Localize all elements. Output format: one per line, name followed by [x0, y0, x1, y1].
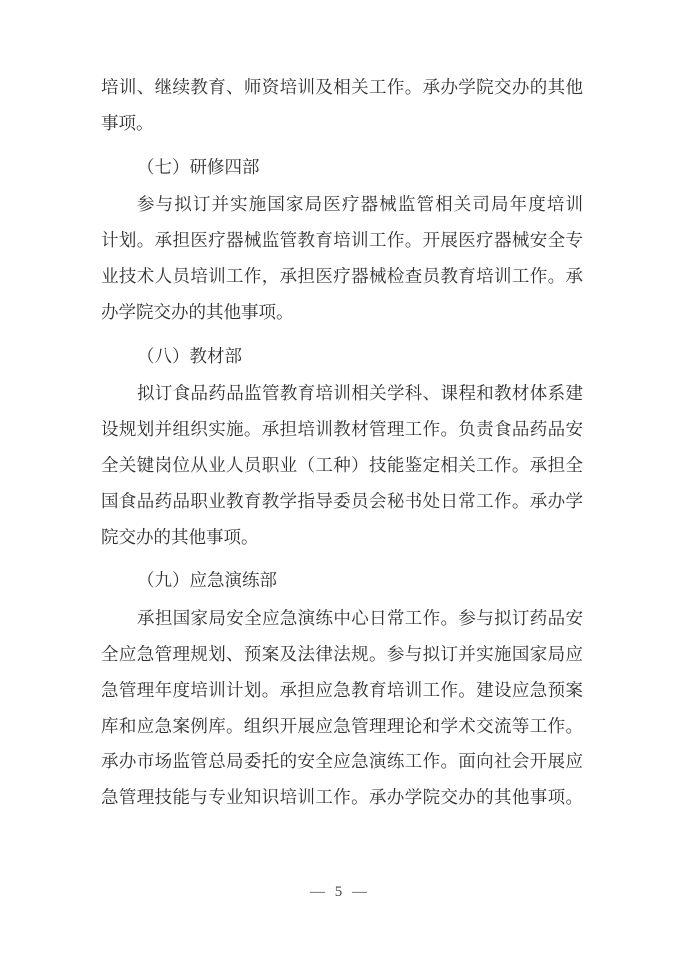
page-number: — 5 —	[0, 884, 680, 901]
section-heading-8: （八）教材部	[101, 339, 583, 375]
body-text-line: 急管理年度培训计划。承担应急教育培训工作。建设应急预案	[101, 673, 583, 709]
body-text-line: 事项。	[101, 106, 583, 142]
document-page: 培训、继续教育、师资培训及相关工作。承办学院交办的其他 事项。 （七）研修四部 …	[0, 0, 680, 962]
body-text-line: 计划。承担医疗器械监管教育培训工作。开展医疗器械安全专	[101, 223, 583, 259]
body-text-line: 设规划并组织实施。承担培训教材管理工作。负责食品药品安	[101, 412, 583, 448]
section-heading-7: （七）研修四部	[101, 150, 583, 186]
body-text-line: 国食品药品职业教育教学指导委员会秘书处日常工作。承办学	[101, 484, 583, 520]
body-text-line: 全关键岗位从业人员职业（工种）技能鉴定相关工作。承担全	[101, 448, 583, 484]
body-text-line: 拟订食品药品监管教育培训相关学科、课程和教材体系建	[101, 376, 583, 412]
body-text-line: 办学院交办的其他事项。	[101, 295, 583, 331]
body-text-line: 培训、继续教育、师资培训及相关工作。承办学院交办的其他	[101, 70, 583, 106]
section-heading-9: （九）应急演练部	[101, 563, 583, 599]
body-text-line: 急管理技能与专业知识培训工作。承办学院交办的其他事项。	[101, 780, 583, 816]
body-text-line: 承担国家局安全应急演练中心日常工作。参与拟订药品安	[101, 601, 583, 637]
body-text-line: 库和应急案例库。组织开展应急管理理论和学术交流等工作。	[101, 709, 583, 745]
body-text-line: 全应急管理规划、预案及法律法规。参与拟订并实施国家局应	[101, 637, 583, 673]
body-text-line: 参与拟订并实施国家局医疗器械监管相关司局年度培训	[101, 187, 583, 223]
body-text-line: 院交办的其他事项。	[101, 520, 583, 556]
document-body: 培训、继续教育、师资培训及相关工作。承办学院交办的其他 事项。 （七）研修四部 …	[101, 70, 583, 816]
body-text-line: 承办市场监管总局委托的安全应急演练工作。面向社会开展应	[101, 744, 583, 780]
body-text-line: 业技术人员培训工作，承担医疗器械检查员教育培训工作。承	[101, 259, 583, 295]
